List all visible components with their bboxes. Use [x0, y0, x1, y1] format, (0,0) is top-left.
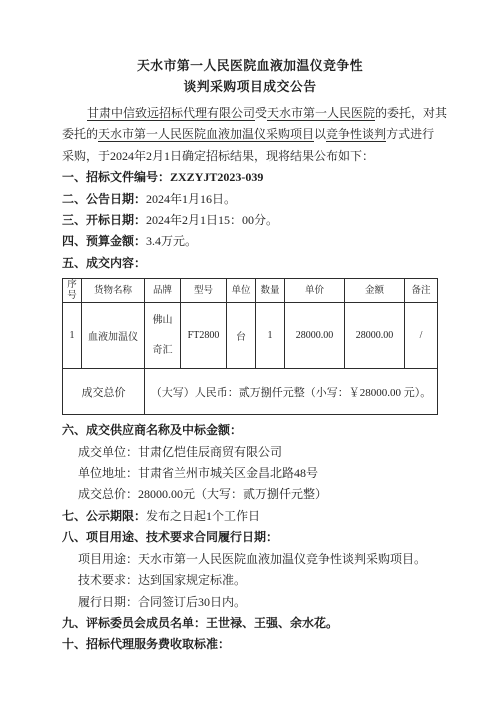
col-header-unit: 单位 [227, 279, 256, 303]
col-header-amount: 金额 [345, 279, 405, 303]
item-tender-doc-number: 一、招标文件编号：ZXZYJT2023-039 [62, 167, 438, 188]
item-bid-opening-date: 三、开标日期：2024年2月1日15：00分。 [62, 210, 438, 231]
performance-date-line: 履行日期：合同签订后30日内。 [62, 592, 438, 613]
agency-name: 甘肃中信致远招标代理有限公司 [87, 106, 255, 121]
supplier-address-line: 单位地址：甘肃省兰州市城关区金昌北路48号 [62, 463, 438, 484]
intro-text: 以 [314, 127, 326, 141]
total-label-cell: 成交总价 [63, 369, 145, 415]
budget-amount: 3.4万元。 [146, 234, 197, 248]
item-label: 十、招标代理服务费收取标准： [62, 637, 230, 651]
item-budget-amount: 四、预算金额：3.4万元。 [62, 231, 438, 252]
intro-paragraph: 甘肃中信致远招标代理有限公司受天水市第一人民医院的委托，对其 委托的天水市第一人… [62, 103, 438, 167]
item-announcement-date: 二、公告日期：2024年1月16日。 [62, 189, 438, 210]
award-table: 序号 货物名称 品牌 型号 单位 数量 单价 金额 备注 1 血液加温仪 佛山 … [62, 278, 438, 415]
intro-line-2: 委托的天水市第一人民医院血液加温仪采购项目以竞争性谈判方式进行 [62, 124, 438, 145]
cell-model: FT2800 [181, 303, 227, 369]
col-header-qty: 数量 [256, 279, 285, 303]
cell-brand: 佛山 奇汇 [145, 303, 181, 369]
item-agency-fee-standard: 十、招标代理服务费收取标准： [62, 634, 438, 655]
table-row: 1 血液加温仪 佛山 奇汇 FT2800 台 1 28000.00 28000.… [63, 303, 438, 369]
procurement-method: 竞争性谈判 [326, 127, 386, 142]
col-header-goods-name: 货物名称 [82, 279, 145, 303]
document-title: 天水市第一人民医院血液加温仪竞争性 谈判采购项目成交公告 [62, 56, 438, 98]
item-label: 九、评标委员会成员名单：王世禄、王强、余水花。 [62, 616, 338, 630]
title-line-1: 天水市第一人民医院血液加温仪竞争性 [62, 56, 438, 77]
cell-seq: 1 [63, 303, 82, 369]
brand-line-1: 佛山 [145, 306, 180, 336]
award-total-line: 成交总价：28000.00元（大写：贰万捌仟元整） [62, 484, 438, 505]
item-label: 六、成交供应商名称及中标金额： [62, 423, 242, 437]
cell-goods-name: 血液加温仪 [82, 303, 145, 369]
announcement-page: 天水市第一人民医院血液加温仪竞争性 谈判采购项目成交公告 甘肃中信致远招标代理有… [0, 0, 500, 706]
cell-unit: 台 [227, 303, 256, 369]
table-header-row: 序号 货物名称 品牌 型号 单位 数量 单价 金额 备注 [63, 279, 438, 303]
cell-remark: / [405, 303, 438, 369]
announcement-date: 2024年1月16日。 [146, 192, 236, 206]
item-label: 三、开标日期： [62, 213, 146, 227]
col-header-remark: 备注 [405, 279, 438, 303]
table-total-row: 成交总价 （大写）人民币：贰万捌仟元整（小写：￥28000.00 元）。 [63, 369, 438, 415]
supplier-name-line: 成交单位：甘肃亿恺佳辰商贸有限公司 [62, 442, 438, 463]
project-name: 天水市第一人民医院血液加温仪采购项目 [98, 127, 314, 142]
item-supplier-section: 六、成交供应商名称及中标金额： [62, 420, 438, 441]
intro-text: 采购，于2024年2月1日确定招标结果，现将结果公布如下： [62, 149, 374, 163]
col-header-unit-price: 单价 [285, 279, 345, 303]
col-header-brand: 品牌 [145, 279, 181, 303]
item-label: 八、项目用途、技术要求合同履行日期： [62, 530, 278, 544]
technical-requirement-line: 技术要求：达到国家规定标准。 [62, 570, 438, 591]
intro-line-1: 甘肃中信致远招标代理有限公司受天水市第一人民医院的委托，对其 [62, 103, 438, 124]
item-label: 七、公示期限： [62, 509, 146, 523]
hospital-name: 天水市第一人民医院 [267, 106, 375, 121]
item-label: 四、预算金额： [62, 234, 146, 248]
project-usage-line: 项目用途：天水市第一人民医院血液加温仪竞争性谈判采购项目。 [62, 549, 438, 570]
title-line-2: 谈判采购项目成交公告 [62, 77, 438, 98]
bid-opening-date: 2024年2月1日15：00分。 [146, 213, 278, 227]
item-label: 五、成交内容： [62, 256, 146, 270]
intro-text: 的委托，对其 [375, 106, 447, 120]
intro-text: 受 [255, 106, 267, 120]
item-project-requirements: 八、项目用途、技术要求合同履行日期： [62, 527, 438, 548]
tender-doc-number: ZXZYJT2023-039 [170, 170, 263, 184]
cell-unit-price: 28000.00 [285, 303, 345, 369]
intro-text: 委托的 [62, 127, 98, 141]
col-header-seq: 序号 [63, 279, 82, 303]
col-header-model: 型号 [181, 279, 227, 303]
item-label: 一、招标文件编号： [62, 170, 170, 184]
brand-line-2: 奇汇 [145, 336, 180, 366]
intro-text: 方式进行 [386, 127, 434, 141]
intro-line-3: 采购，于2024年2月1日确定招标结果，现将结果公布如下： [62, 146, 438, 167]
publicity-period: 发布之日起1个工作日 [146, 509, 260, 523]
item-publicity-period: 七、公示期限：发布之日起1个工作日 [62, 506, 438, 527]
item-label: 二、公告日期： [62, 192, 146, 206]
item-award-content: 五、成交内容： [62, 253, 438, 274]
total-value-cell: （大写）人民币：贰万捌仟元整（小写：￥28000.00 元）。 [145, 369, 438, 415]
cell-amount: 28000.00 [345, 303, 405, 369]
cell-qty: 1 [256, 303, 285, 369]
item-evaluation-committee: 九、评标委员会成员名单：王世禄、王强、余水花。 [62, 613, 438, 634]
